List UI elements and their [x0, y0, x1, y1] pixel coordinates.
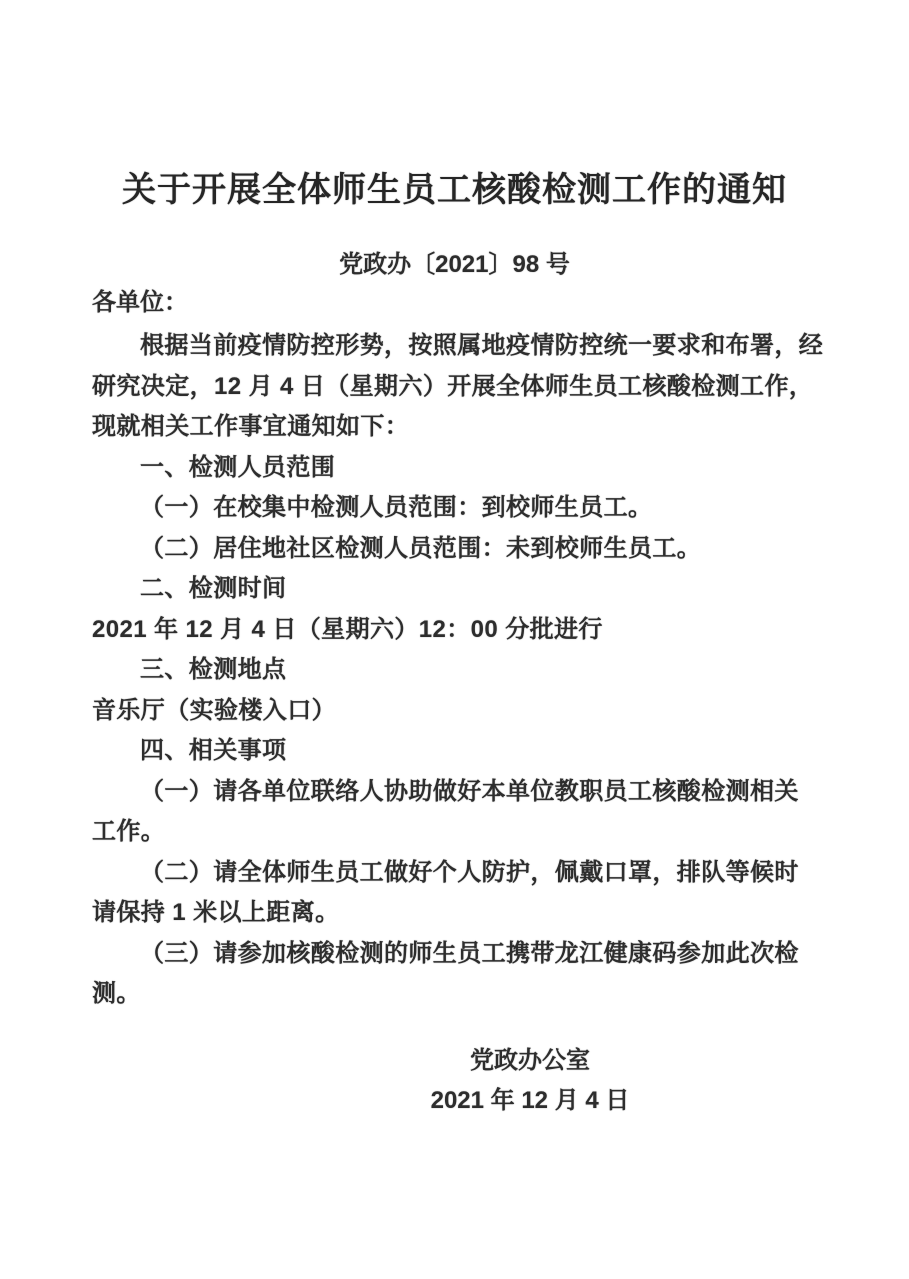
signature-office: 党政办公室	[375, 1041, 685, 1081]
body-line: 一、检测人员范围	[92, 448, 825, 489]
body-line: 2021 年 12 月 4 日（星期六）12：00 分批进行	[92, 610, 825, 651]
body-line: （三）请参加核酸检测的师生员工携带龙江健康码参加此次检	[92, 934, 825, 975]
signature-date: 2021 年 12 月 4 日	[375, 1081, 685, 1121]
salutation: 各单位：	[92, 289, 825, 317]
body-line: （一）请各单位联络人协助做好本单位教职员工核酸检测相关	[92, 772, 825, 813]
body-line: 工作。	[92, 812, 825, 853]
document-number: 党政办〔2021〕98 号	[0, 251, 909, 279]
body-line: 研究决定，12 月 4 日（星期六）开展全体师生员工核酸检测工作，	[92, 367, 825, 408]
document-title: 关于开展全体师生员工核酸检测工作的通知	[0, 0, 909, 210]
body-line: 现就相关工作事宜通知如下：	[92, 407, 825, 448]
body-line: 请保持 1 米以上距离。	[92, 893, 825, 934]
document-page: 关于开展全体师生员工核酸检测工作的通知 党政办〔2021〕98 号 各单位： 根…	[0, 0, 909, 1279]
body-line: （一）在校集中检测人员范围：到校师生员工。	[92, 488, 825, 529]
body-line: 四、相关事项	[92, 731, 825, 772]
signature-block: 党政办公室 2021 年 12 月 4 日	[375, 1041, 685, 1121]
document-body: 根据当前疫情防控形势，按照属地疫情防控统一要求和布署，经研究决定，12 月 4 …	[92, 326, 825, 1015]
body-line: 音乐厅（实验楼入口）	[92, 691, 825, 732]
body-line: （二）居住地社区检测人员范围：未到校师生员工。	[92, 529, 825, 570]
document-content: 各单位： 根据当前疫情防控形势，按照属地疫情防控统一要求和布署，经研究决定，12…	[0, 289, 909, 1121]
body-line: 三、检测地点	[92, 650, 825, 691]
body-line: 测。	[92, 974, 825, 1015]
body-line: （二）请全体师生员工做好个人防护，佩戴口罩，排队等候时	[92, 853, 825, 894]
body-line: 根据当前疫情防控形势，按照属地疫情防控统一要求和布署，经	[92, 326, 825, 367]
body-line: 二、检测时间	[92, 569, 825, 610]
